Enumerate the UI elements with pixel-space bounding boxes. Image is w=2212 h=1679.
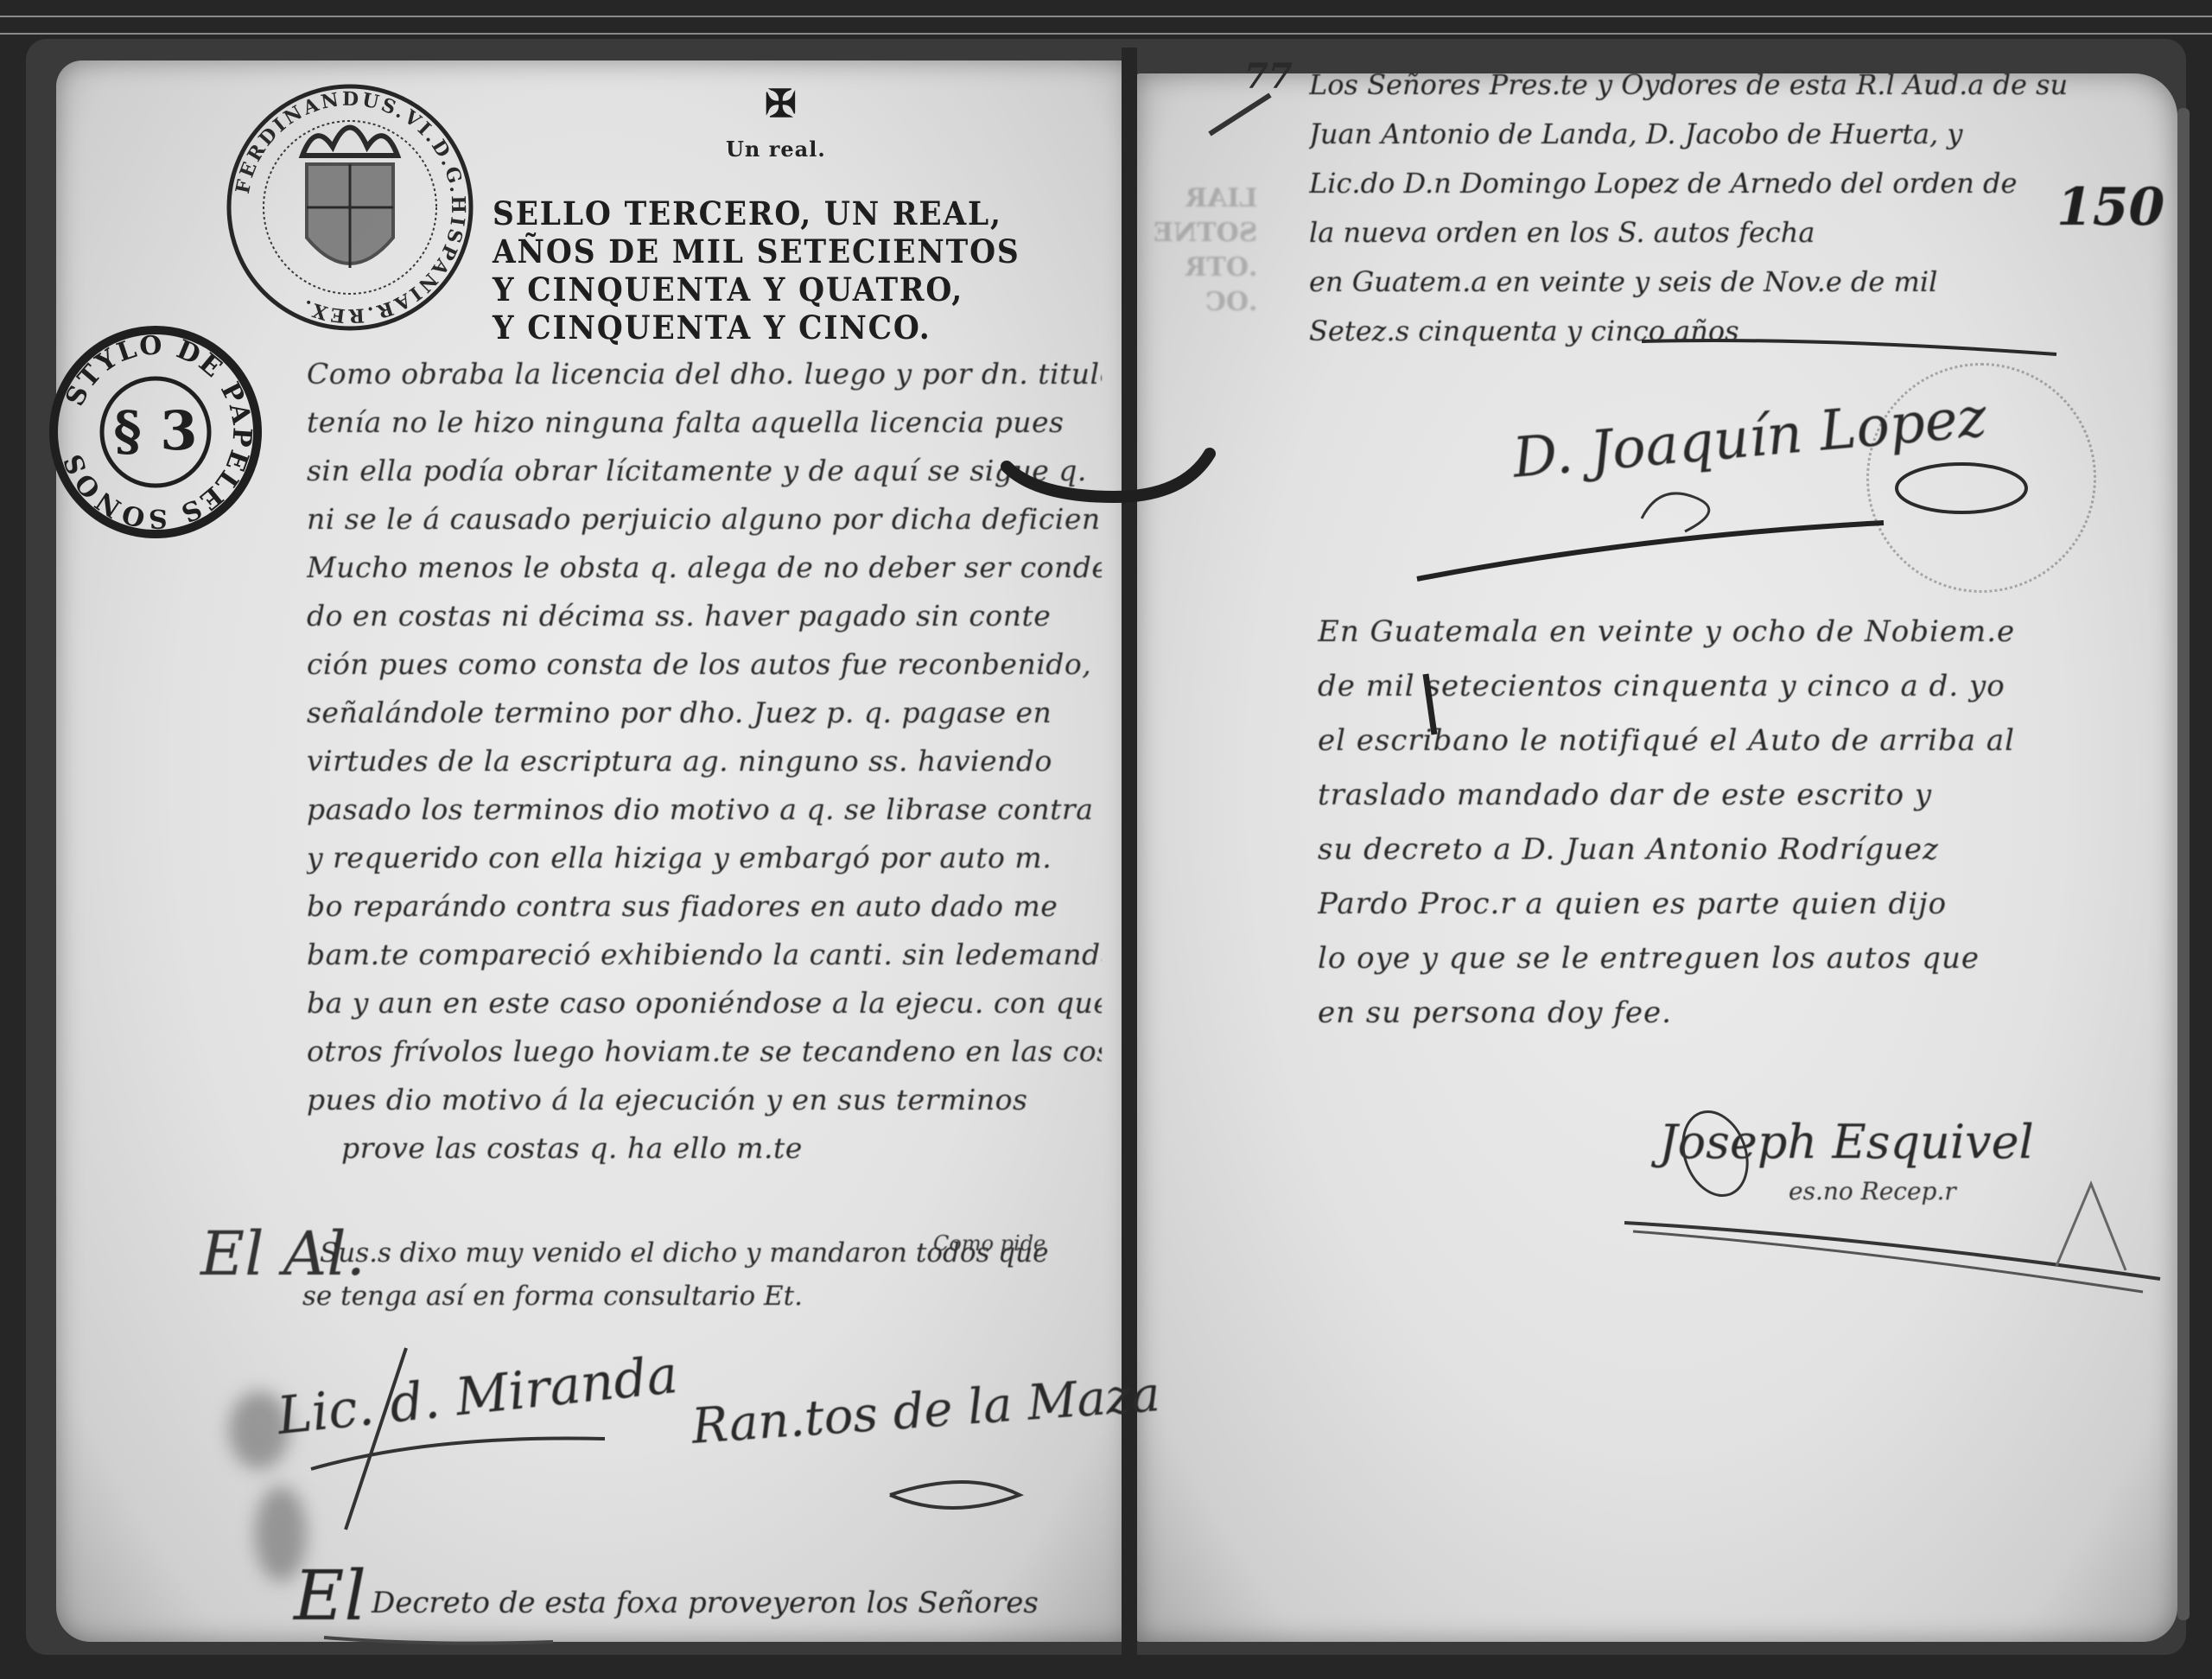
manuscript-line: ba y aun en este caso oponiéndose a la e… xyxy=(307,979,1102,1027)
manuscript-line: pasado los terminos dio motivo a q. se l… xyxy=(307,785,1102,834)
bleed-line: .OTR xyxy=(1185,252,1258,283)
signature-title: es.no Recep.r xyxy=(1789,1177,1956,1205)
manuscript-line: el escribano le notifiqué el Auto de arr… xyxy=(1318,714,2164,768)
manuscript-line: virtudes de la escriptura ag. ninguno ss… xyxy=(307,737,1102,785)
right-page-notification-text: En Guatemala en veinte y ocho de Nobiem.… xyxy=(1318,605,2164,1040)
bleed-through-text: LIAR SOTNE .OTR .OC xyxy=(1154,181,1257,320)
signature: Joseph Esquivel xyxy=(1659,1115,2034,1169)
manuscript-line: Juan Antonio de Landa, D. Jacobo de Huer… xyxy=(1309,110,2156,159)
right-page-header-text: Los Señores Pres.te y Oydores de esta R.… xyxy=(1309,60,2156,356)
royal-seal-stamp: FERDINANDUS.VI.D.G.HISPANIAR.REX. xyxy=(220,82,480,333)
page-edge xyxy=(2177,108,2190,1620)
header-line: Y CINQUENTA Y QUATRO, xyxy=(493,270,1055,308)
manuscript-line: ción pues como consta de los autos fue r… xyxy=(307,640,1102,689)
manuscript-line: tenía no le hizo ninguna falta aquella l… xyxy=(307,398,1102,447)
manuscript-line: Setez.s cinquenta y cinco años xyxy=(1309,307,2156,356)
manuscript-line: y requerido con ella hiziga y embargó po… xyxy=(307,834,1102,882)
manuscript-line: do en costas ni décima ss. haver pagado … xyxy=(307,592,1102,640)
manuscript-line: en Guatem.a en veinte y seis de Nov.e de… xyxy=(1309,258,2156,307)
manuscript-line: lo oye y que se le entreguen los autos q… xyxy=(1318,932,2164,986)
manuscript-line: pues dio motivo á la ejecución y en sus … xyxy=(307,1076,1102,1124)
manuscript-line: su decreto a D. Juan Antonio Rodríguez xyxy=(1318,823,2164,877)
manuscript-line: Los Señores Pres.te y Oydores de esta R.… xyxy=(1309,60,2156,110)
left-page-footer-line: ElDecreto de esta foxa proveyeron los Se… xyxy=(294,1555,1039,1636)
manuscript-line: traslado mandado dar de este escrito y xyxy=(1318,768,2164,823)
manuscript-line: bam.te compareció exhibiendo la canti. s… xyxy=(307,931,1102,979)
scan-background: FERDINANDUS.VI.D.G.HISPANIAR.REX. ✠ Un r… xyxy=(0,0,2212,1679)
printed-stamp-header: SELLO TERCERO, UN REAL, AÑOS DE MIL SETE… xyxy=(493,194,1097,347)
scan-border-line xyxy=(0,33,2212,35)
manuscript-line: Sus.s dixo muy venido el dicho y mandaro… xyxy=(285,1231,1115,1275)
manuscript-line: bo reparándo contra sus fiadores en auto… xyxy=(307,882,1102,931)
paper-tax-stamp: STYLO DE PAPELES SONOS § 3 xyxy=(43,324,268,540)
header-line: SELLO TERCERO, UN REAL, xyxy=(493,194,1055,232)
manuscript-line: se tenga así en forma consultario Et. xyxy=(285,1275,1115,1318)
decorated-initial: El xyxy=(294,1555,366,1636)
bleed-line: SOTNE xyxy=(1154,218,1257,248)
manuscript-line: la nueva orden en los S. autos fecha xyxy=(1309,208,2156,258)
manuscript-line: Mucho menos le obsta q. alega de no debe… xyxy=(307,544,1102,592)
scan-border-line xyxy=(0,16,2212,17)
cross-icon: ✠ xyxy=(765,82,797,126)
left-page-body-text: Como obraba la licencia del dho. luego y… xyxy=(307,350,1102,1173)
header-line: AÑOS DE MIL SETECIENTOS xyxy=(493,232,1055,270)
left-page-decree-text: Sus.s dixo muy venido el dicho y mandaro… xyxy=(285,1231,1115,1318)
folio-number: 77 xyxy=(1244,56,1293,97)
bleed-line: .OC xyxy=(1205,287,1257,317)
manuscript-line: Lic.do D.n Domingo Lopez de Arnedo del o… xyxy=(1309,159,2156,208)
manuscript-line: En Guatemala en veinte y ocho de Nobiem.… xyxy=(1318,605,2164,659)
bleed-line: LIAR xyxy=(1185,183,1257,213)
manuscript-line: Pardo Proc.r a quien es parte quien dijo xyxy=(1318,877,2164,932)
manuscript-line: en su persona doy fee. xyxy=(1318,986,2164,1040)
page-number-mark: 150 xyxy=(2056,177,2164,238)
stamp-center-value: § 3 xyxy=(113,399,197,462)
stamp-denomination: Un real. xyxy=(726,137,826,162)
manuscript-line: de mil setecientos cinquenta y cinco a d… xyxy=(1318,659,2164,714)
manuscript-line: señalándole termino por dho. Juez p. q. … xyxy=(307,689,1102,737)
header-line: Y CINQUENTA Y CINCO. xyxy=(493,308,1055,347)
footer-text: Decreto de esta foxa proveyeron los Seño… xyxy=(372,1586,1039,1620)
manuscript-line: prove las costas q. ha ello m.te xyxy=(307,1124,1102,1173)
manuscript-line: sin ella podía obrar lícitamente y de aq… xyxy=(307,447,1102,495)
manuscript-line: otros frívolos luego hoviam.te se tecand… xyxy=(307,1027,1102,1076)
manuscript-line: Como obraba la licencia del dho. luego y… xyxy=(307,350,1102,398)
manuscript-line: ni se le á causado perjuicio alguno por … xyxy=(307,495,1102,544)
